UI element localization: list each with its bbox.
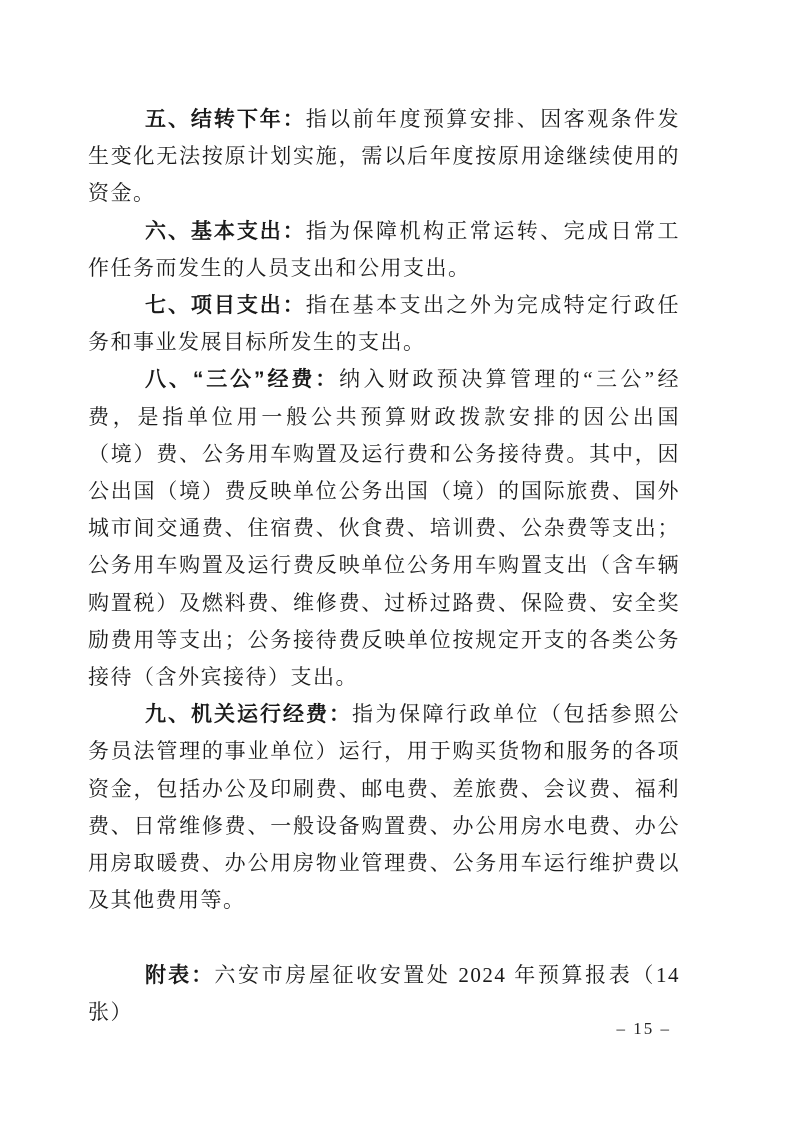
paragraph-item-7: 七、项目支出：指在基本支出之外为完成特定行政任务和事业发展目标所发生的支出。 xyxy=(88,287,680,361)
blank-line xyxy=(88,919,680,956)
paragraph-item-9: 九、机关运行经费：指为保障行政单位（包括参照公务员法管理的事业单位）运行，用于购… xyxy=(88,696,680,919)
paragraph-label: 六、基本支出： xyxy=(145,220,306,243)
appendix-line: 附表：六安市房屋征收安置处 2024 年预算报表（14 张） xyxy=(88,957,680,1031)
paragraph-label: 八、“三公”经费： xyxy=(145,368,339,391)
paragraph-item-8: 八、“三公”经费：纳入财政预决算管理的“三公”经费，是指单位用一般公共预算财政拨… xyxy=(88,361,680,696)
appendix-label: 附表： xyxy=(145,964,214,987)
paragraph-body: 纳入财政预决算管理的“三公”经费，是指单位用一般公共预算财政拨款安排的因公出国（… xyxy=(88,367,680,689)
document-body: 五、结转下年：指以前年度预算安排、因客观条件发生变化无法按原计划实施，需以后年度… xyxy=(88,101,680,1031)
page-number: – 15 – xyxy=(617,1019,672,1039)
document-page: 五、结转下年：指以前年度预算安排、因客观条件发生变化无法按原计划实施，需以后年度… xyxy=(0,0,793,1122)
paragraph-label: 七、项目支出： xyxy=(145,294,306,317)
paragraph-body: 指为保障行政单位（包括参照公务员法管理的事业单位）运行，用于购买货物和服务的各项… xyxy=(88,702,680,912)
paragraph-label: 五、结转下年： xyxy=(145,108,306,131)
paragraph-label: 九、机关运行经费： xyxy=(145,703,352,726)
paragraph-item-5: 五、结转下年：指以前年度预算安排、因客观条件发生变化无法按原计划实施，需以后年度… xyxy=(88,101,680,213)
paragraph-item-6: 六、基本支出：指为保障机构正常运转、完成日常工作任务而发生的人员支出和公用支出。 xyxy=(88,213,680,287)
